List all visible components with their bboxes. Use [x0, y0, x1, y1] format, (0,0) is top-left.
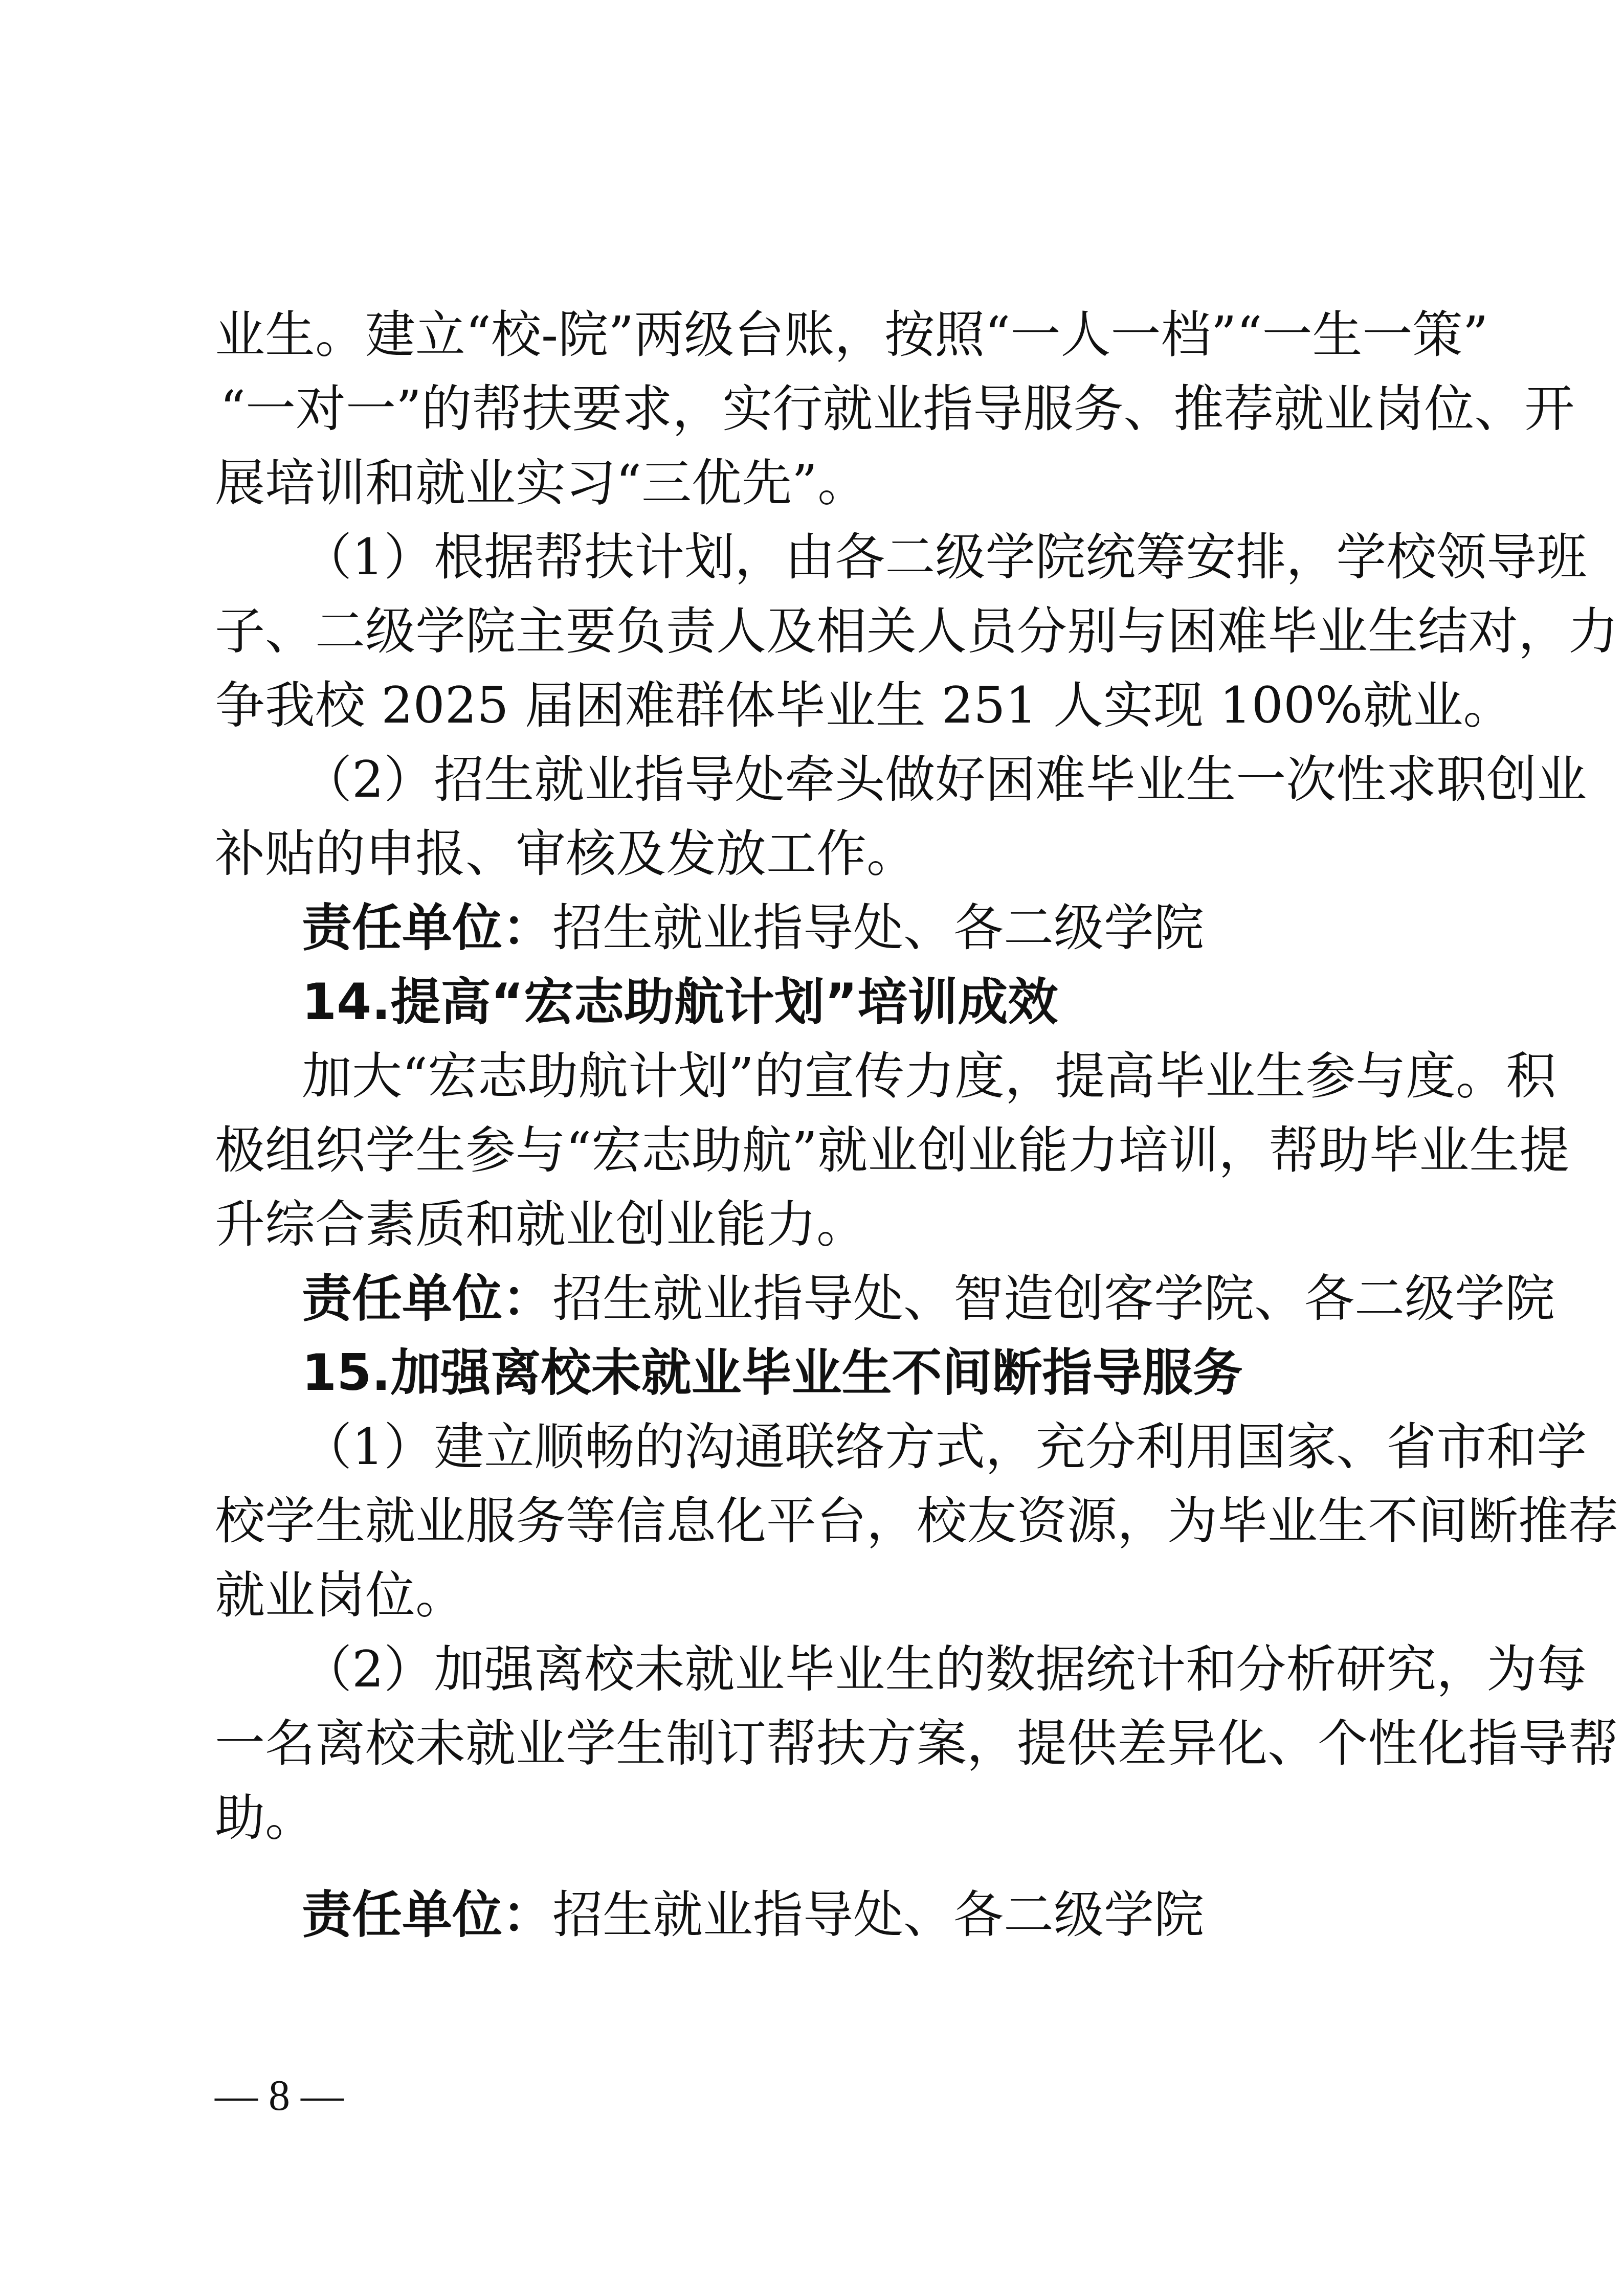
- list-item-2-line: （2）招生就业指导处牵头做好困难毕业生一次性求职创业: [302, 752, 1430, 808]
- paragraph-line: 升综合素质和就业创业能力。: [215, 1197, 1430, 1253]
- responsibility-units: 招生就业指导处、各二级学院: [552, 1886, 1204, 1944]
- list-item-1-line: 校学生就业服务等信息化平台，校友资源，为毕业生不间断推荐: [215, 1493, 1430, 1549]
- paragraph-line: 极组织学生参与“宏志助航”就业创业能力培训，帮助毕业生提: [215, 1122, 1430, 1179]
- responsibility-label: 责任单位：: [302, 1886, 552, 1944]
- list-item-2-line: 助。: [215, 1790, 1430, 1846]
- list-item-1-line: 子、二级学院主要负责人及相关人员分别与困难毕业生结对，力: [215, 603, 1430, 660]
- page-number: — 8 —: [215, 2071, 344, 2121]
- responsibility-units: 招生就业指导处、智造创客学院、各二级学院: [552, 1270, 1555, 1328]
- responsibility-units: 招生就业指导处、各二级学院: [552, 899, 1204, 957]
- list-item-2-line: 补贴的申报、审核及发放工作。: [215, 826, 1430, 882]
- list-item-1-line: （1）根据帮扶计划，由各二级学院统筹安排，学校领导班: [302, 529, 1430, 586]
- responsibility-label: 责任单位：: [302, 1270, 552, 1328]
- list-item-1-line: （1）建立顺畅的沟通联络方式，充分利用国家、省市和学: [302, 1419, 1430, 1475]
- responsibility-line: 责任单位：招生就业指导处、各二级学院: [302, 1887, 1430, 1943]
- list-item-2-line: 一名离校未就业学生制订帮扶方案，提供差异化、个性化指导帮: [215, 1716, 1430, 1772]
- paragraph-line: 加大“宏志助航计划”的宣传力度，提高毕业生参与度。积: [302, 1048, 1430, 1105]
- paragraph-line: 业生。建立“校-院”两级台账，按照“一人一档”“一生一策”: [215, 307, 1430, 363]
- list-item-1-line: 就业岗位。: [215, 1567, 1430, 1624]
- document-page: 业生。建立“校-院”两级台账，按照“一人一档”“一生一策” “一对一”的帮扶要求…: [0, 0, 1624, 2296]
- section-heading-14: 14.提高“宏志助航计划”培训成效: [302, 974, 1430, 1030]
- responsibility-line: 责任单位：招生就业指导处、智造创客学院、各二级学院: [302, 1271, 1430, 1327]
- paragraph-line: “一对一”的帮扶要求，实行就业指导服务、推荐就业岗位、开: [220, 381, 1435, 437]
- responsibility-line: 责任单位：招生就业指导处、各二级学院: [302, 900, 1430, 956]
- responsibility-label: 责任单位：: [302, 899, 552, 957]
- paragraph-line: 展培训和就业实习“三优先”。: [215, 455, 1430, 511]
- section-heading-15: 15.加强离校未就业毕业生不间断指导服务: [302, 1345, 1430, 1401]
- list-item-1-line: 争我校 2025 届困难群体毕业生 251 人实现 100%就业。: [215, 678, 1430, 734]
- list-item-2-line: （2）加强离校未就业毕业生的数据统计和分析研究，为每: [302, 1641, 1430, 1698]
